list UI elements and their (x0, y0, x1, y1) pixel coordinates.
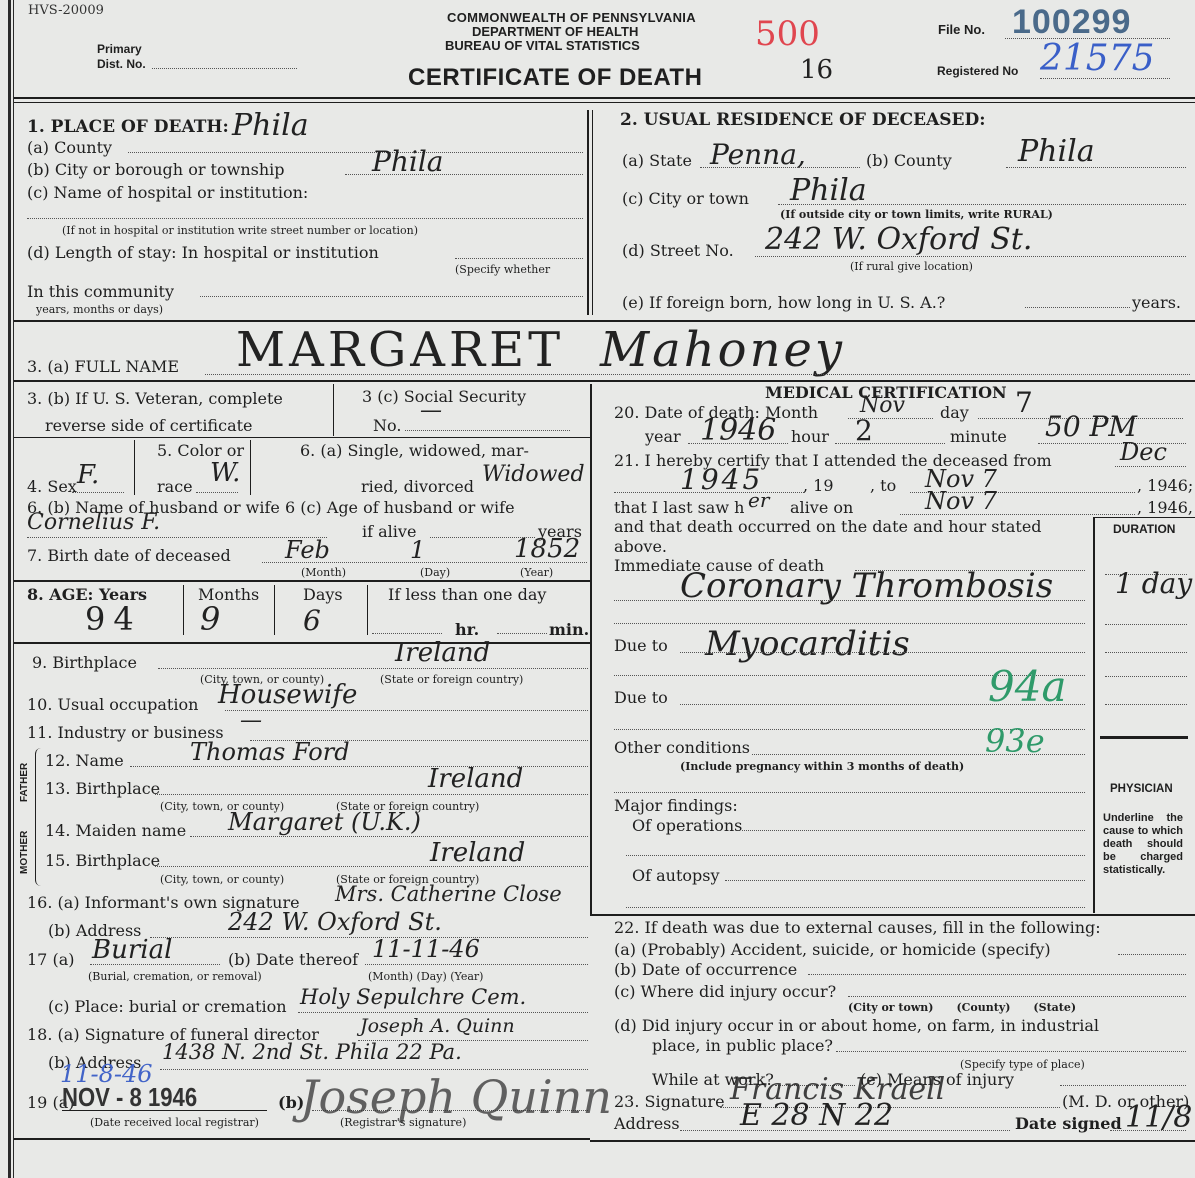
major-findings-label: Major findings: (614, 796, 738, 815)
means-field[interactable] (1060, 1085, 1186, 1086)
due-to-field-1[interactable] (680, 652, 1085, 653)
to-label: , to (870, 476, 896, 495)
immediate-cause-field-2[interactable] (614, 600, 1085, 601)
duration-box-rule (1100, 736, 1188, 739)
burial-date-label: (b) Date thereof (228, 950, 358, 969)
father-name-value: Thomas Ford (190, 738, 350, 766)
year-label: year (645, 427, 681, 446)
burial-place-field[interactable] (298, 1012, 588, 1013)
marital-value: Widowed (482, 462, 585, 487)
mother-maiden-field[interactable] (190, 836, 588, 837)
agency-line-2: DEPARTMENT OF HEALTH (472, 24, 638, 39)
mother-side-label: MOTHER (19, 820, 30, 885)
hr-field[interactable] (372, 633, 442, 634)
attend-from-year-field[interactable] (614, 492, 804, 493)
min-field[interactable] (497, 633, 547, 634)
other-note: (Include pregnancy within 3 months of de… (680, 760, 964, 773)
place-of-death-heading: 1. PLACE OF DEATH: (27, 117, 229, 137)
race-value: W. (210, 458, 240, 488)
age-rule-bottom (14, 642, 590, 644)
disposition-value: Burial (92, 935, 172, 965)
external-c-note: (City or town) (County) (State) (848, 1001, 1076, 1014)
other-conditions-field[interactable] (752, 754, 1085, 755)
attend-from-month: Dec (1120, 438, 1167, 466)
father-birthplace-label: 13. Birthplace (45, 779, 160, 798)
father-name-label: 12. Name (45, 751, 124, 770)
ssn-label-2: No. (373, 416, 401, 435)
external-c-label: (c) Where did injury occur? (614, 982, 836, 1001)
foreign-label: (e) If foreign born, how long in U. S. A… (622, 293, 945, 312)
marital-label-1: 6. (a) Single, widowed, mar- (300, 441, 529, 460)
physician-address-label: Address (614, 1114, 680, 1133)
spouse-field[interactable] (27, 537, 327, 538)
community-label: In this community (27, 282, 174, 301)
operations-label: Of operations (632, 816, 742, 835)
header-rule-2 (14, 102, 1195, 103)
death-year-field[interactable] (688, 443, 788, 444)
attend-to-year: , 1946; (1137, 476, 1193, 495)
birth-field[interactable] (262, 562, 587, 563)
mother-birthplace-value: Ireland (430, 838, 525, 868)
duration-value: 1 day (1115, 567, 1192, 600)
stated-label: and that death occurred on the date and … (614, 517, 1042, 536)
veteran-label-1: 3. (b) If U. S. Veteran, complete (27, 389, 283, 408)
age-rule-top (14, 580, 590, 582)
left-border-inner (13, 0, 14, 1178)
veteran-label-2: reverse side of certificate (45, 416, 253, 435)
res-county-value: Phila (1018, 134, 1095, 169)
received-note: (Date received local registrar) (90, 1116, 259, 1129)
form-number: HVS-20009 (28, 3, 104, 18)
birthplace-note-2: (State or foreign country) (380, 673, 523, 686)
minute-label: minute (950, 427, 1007, 446)
city-label: (b) City or borough or township (27, 160, 285, 179)
mother-note-1: (City, town, or county) (160, 873, 284, 886)
res-county-field[interactable] (1006, 167, 1186, 168)
informant-signature: Mrs. Catherine Close (335, 882, 562, 906)
name-rule (14, 380, 1195, 382)
full-name-field[interactable] (205, 374, 1190, 375)
hospital-label: (c) Name of hospital or institution: (27, 183, 308, 202)
external-c-field[interactable] (848, 996, 1186, 997)
disposition-label: 17 (a) (27, 950, 74, 969)
community-note: years, months or days) (36, 303, 163, 316)
autopsy-field-2[interactable] (626, 907, 1085, 908)
res-city-value: Phila (790, 173, 867, 208)
mother-maiden-label: 14. Maiden name (45, 821, 186, 840)
sex-rule (14, 437, 590, 438)
physician-address-field[interactable] (680, 1130, 1010, 1131)
hospital-note: (If not in hospital or institution write… (62, 224, 418, 237)
parents-brace (35, 748, 42, 886)
hospital-field[interactable] (27, 218, 583, 219)
res-city-field[interactable] (778, 204, 1186, 205)
file-no-value: 100299 (1012, 3, 1131, 42)
stay-label: (d) Length of stay: In hospital or insti… (27, 243, 379, 262)
min-label: min. (549, 620, 589, 639)
other-conditions-field-2[interactable] (614, 792, 1085, 793)
due-to-label-1: Due to (614, 636, 668, 655)
birth-month: Feb (285, 536, 330, 564)
external-b-field[interactable] (808, 974, 1186, 975)
race-field[interactable] (196, 492, 238, 493)
certificate-title: CERTIFICATE OF DEATH (408, 64, 702, 92)
duration-box-border (1093, 518, 1095, 913)
death-place-county-value: Phila (232, 108, 309, 143)
full-name-label: 3. (a) FULL NAME (27, 357, 179, 376)
external-heading: 22. If death was due to external causes,… (614, 918, 1101, 937)
disposition-field[interactable] (90, 964, 220, 965)
res-county-label: (b) County (866, 151, 952, 170)
code-1: 94a (988, 662, 1066, 711)
street-note: (If rural give location) (850, 260, 973, 273)
operations-field[interactable] (742, 830, 1085, 831)
disposition-note: (Burial, cremation, or removal) (88, 970, 262, 983)
duration-line-3 (1105, 652, 1187, 653)
ssn-value: — (420, 398, 442, 423)
duration-heading: DURATION (1113, 522, 1175, 536)
race-divider (250, 440, 251, 495)
death-day: 7 (1015, 386, 1033, 419)
stay-field[interactable] (455, 258, 583, 259)
street-value: 242 W. Oxford St. (765, 222, 1032, 257)
physician-signature-label: 23. Signature (614, 1092, 725, 1111)
red-annotation-sub: 16 (800, 55, 833, 85)
other-conditions-label: Other conditions (614, 738, 750, 757)
days-label: Days (303, 585, 343, 604)
last-saw-field[interactable] (900, 514, 1135, 515)
duration-box-top (1093, 517, 1195, 518)
father-side-label: FATHER (19, 750, 30, 815)
street-label: (d) Street No. (622, 241, 734, 260)
left-bottom-rule (14, 1138, 590, 1140)
birth-day-note: (Day) (420, 566, 450, 579)
birthplace-field[interactable] (158, 668, 588, 669)
operations-field-2[interactable] (626, 855, 1085, 856)
burial-date-note: (Month) (Day) (Year) (368, 970, 483, 983)
day-label: day (940, 403, 969, 422)
marital-label-2: ried, divorced (361, 477, 474, 496)
county-field[interactable] (128, 152, 583, 153)
alive-on-label: alive on (790, 498, 853, 517)
external-a-field[interactable] (1118, 954, 1186, 955)
physician-address: E 28 N 22 (740, 1098, 893, 1133)
full-name-last: Mahoney (600, 322, 845, 378)
spouse-value: Cornelius F. (27, 510, 160, 535)
res-city-note: (If outside city or town limits, write R… (780, 208, 1053, 221)
external-b-label: (b) Date of occurrence (614, 960, 797, 979)
date-signed-label: Date signed (1015, 1114, 1122, 1133)
street-field[interactable] (755, 256, 1186, 257)
community-field[interactable] (200, 296, 583, 297)
hr-label: hr. (455, 620, 479, 639)
age-days: 6 (303, 604, 321, 637)
foreign-suffix: years. (1132, 293, 1181, 312)
primary-label: Primary (97, 42, 142, 56)
birthplace-label: 9. Birthplace (32, 653, 137, 672)
last-saw-date: Nov 7 (925, 487, 997, 515)
less-than-day-label: If less than one day (388, 585, 546, 604)
sex-field[interactable] (72, 492, 124, 493)
due-to-value-1: Myocarditis (705, 624, 910, 664)
race-label: race (157, 477, 193, 496)
burial-date-value: 11-11-46 (372, 935, 480, 963)
birth-day: 1 (410, 536, 425, 564)
registered-no-label: Registered No (937, 64, 1018, 78)
registered-no-value: 21575 (1040, 38, 1155, 79)
dist-no-label: Dist. No. (97, 57, 146, 71)
received-line (62, 1110, 267, 1111)
above-label: above. (614, 537, 667, 556)
certificate-page: HVS-20009 Primary Dist. No. COMMONWEALTH… (0, 0, 1195, 1178)
state-field[interactable] (700, 167, 860, 168)
dist-no-field[interactable] (152, 68, 297, 69)
external-d-field[interactable] (836, 1051, 1186, 1052)
mother-birthplace-label: 15. Birthplace (45, 851, 160, 870)
autopsy-label: Of autopsy (632, 866, 720, 885)
attend-from-month-field[interactable] (1115, 466, 1186, 467)
occupation-label: 10. Usual occupation (27, 695, 198, 714)
duration-line-5 (1105, 704, 1187, 705)
burial-date-field[interactable] (365, 964, 588, 965)
agency-line-3: BUREAU OF VITAL STATISTICS (445, 38, 640, 53)
death-hour-field[interactable] (835, 443, 945, 444)
section1-divider-2 (592, 110, 593, 315)
res-city-label: (c) City or town (622, 189, 749, 208)
red-annotation: 500 (755, 14, 820, 54)
last-saw-pronoun: er (748, 488, 769, 512)
physician-heading: PHYSICIAN (1110, 783, 1173, 795)
full-name-first: MARGARET (236, 322, 564, 378)
duration-line-2 (1105, 624, 1187, 625)
left-border (8, 0, 11, 1178)
received-handwritten: 11-8-46 (60, 1060, 153, 1088)
external-rule (590, 914, 1195, 916)
registrar-signature: Joseph Quinn (300, 1070, 612, 1124)
mother-maiden-value: Margaret (U.K.) (228, 808, 421, 836)
birth-label: 7. Birth date of deceased (27, 546, 231, 565)
city-field[interactable] (345, 174, 583, 175)
mother-birthplace-field[interactable] (155, 866, 588, 867)
stay-note: (Specify whether (455, 263, 550, 276)
medical-left-border (590, 384, 592, 914)
due-to-label-2: Due to (614, 688, 668, 707)
county-label: (a) County (27, 138, 112, 157)
birth-month-note: (Month) (301, 566, 346, 579)
ssn-field[interactable] (405, 430, 570, 431)
external-a-label: (a) (Probably) Accident, suicide, or hom… (614, 940, 1051, 959)
residence-heading: 2. USUAL RESIDENCE OF DECEASED: (620, 110, 986, 130)
attend-19: , 19 (803, 476, 834, 495)
occupation-value: Housewife (218, 680, 357, 710)
file-no-label: File No. (938, 22, 985, 37)
industry-value: — (240, 708, 262, 733)
occupation-field[interactable] (225, 710, 588, 711)
informant-address-field[interactable] (150, 937, 588, 938)
burial-place-value: Holy Sepulchre Cem. (300, 985, 526, 1009)
birth-year-note: (Year) (520, 566, 553, 579)
date-signed-field[interactable] (1110, 1130, 1186, 1131)
section1-divider (587, 110, 589, 315)
burial-place-label: (c) Place: burial or cremation (48, 997, 287, 1016)
state-label: (a) State (622, 151, 692, 170)
birth-year: 1852 (514, 534, 580, 564)
autopsy-field[interactable] (725, 880, 1085, 881)
age-divider-2 (274, 585, 275, 635)
informant-address: 242 W. Oxford St. (228, 908, 442, 936)
age-months: 9 (200, 600, 220, 638)
external-d-label-2: place, in public place? (652, 1036, 833, 1055)
director-signature: Joseph A. Quinn (360, 1015, 515, 1037)
age-divider-1 (183, 585, 184, 635)
foreign-field[interactable] (1025, 307, 1130, 308)
veteran-divider (333, 384, 334, 436)
agency-line-1: COMMONWEALTH OF PENNSYLVANIA (447, 10, 696, 25)
external-d-label: (d) Did injury occur in or about home, o… (614, 1016, 1099, 1035)
sex-value: F. (77, 460, 99, 490)
birthplace-value: Ireland (395, 638, 490, 668)
sex-divider (134, 440, 135, 495)
duration-line-4 (1105, 676, 1187, 677)
father-birthplace-value: Ireland (428, 764, 523, 794)
father-birthplace-field[interactable] (155, 794, 588, 795)
director-address: 1438 N. 2nd St. Phila 22 Pa. (162, 1040, 462, 1064)
header-rule (14, 97, 1195, 99)
ssn-label-1: 3 (c) Social Security (362, 387, 526, 406)
last-saw-label: that I last saw h (614, 498, 744, 517)
physician-note: Underline the cause to which death shoul… (1103, 812, 1183, 877)
age-divider-3 (367, 585, 368, 635)
right-bottom-rule (590, 1140, 1195, 1142)
registered-no-line (1040, 78, 1170, 79)
spouse-age-label: if alive (362, 522, 416, 541)
hour-label: hour (791, 427, 829, 446)
last-saw-year: , 1946, (1137, 498, 1193, 517)
sex-label: 4. Sex (27, 477, 77, 496)
age-years: 94 (85, 600, 142, 638)
